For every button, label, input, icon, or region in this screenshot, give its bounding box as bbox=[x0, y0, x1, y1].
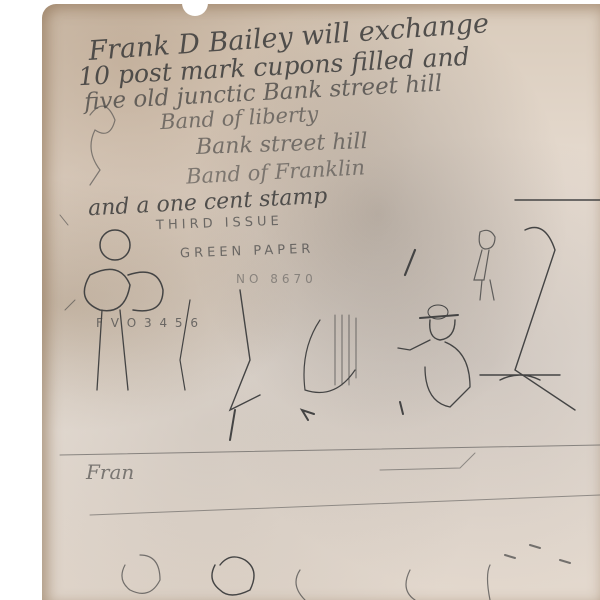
pencil-sketches bbox=[0, 0, 600, 600]
